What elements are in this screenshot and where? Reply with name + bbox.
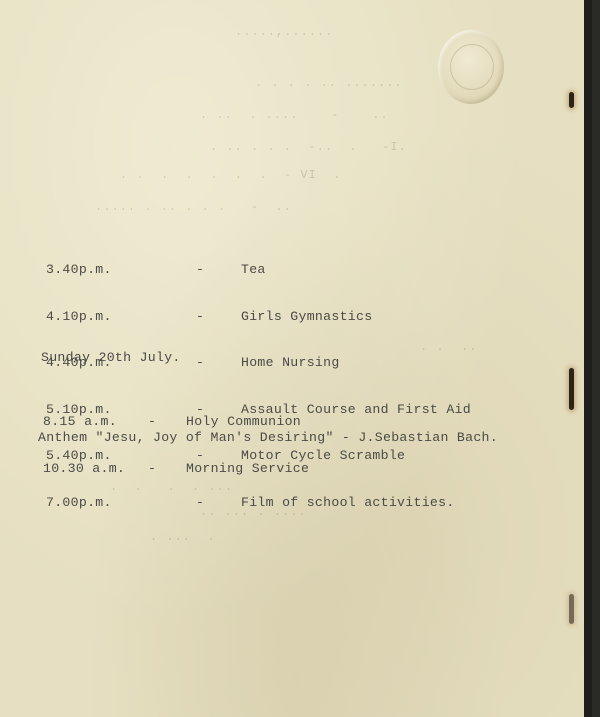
schedule-activity: Home Nursing <box>241 355 340 371</box>
bleed-through-text: ..... . .. . . . - .. <box>95 200 292 214</box>
document-page: .....,...... . . . . .. ....... . .. . .… <box>0 0 592 717</box>
page-edge <box>584 0 592 717</box>
schedule-activity: Tea <box>241 262 266 278</box>
bleed-through-text: . . . . . . . - VI . <box>120 168 341 182</box>
separator: - <box>196 262 241 278</box>
bleed-through-text: . . . . .. ....... <box>255 76 403 90</box>
separator: - <box>148 461 186 477</box>
bleed-through-text: .....,...... <box>235 25 333 39</box>
schedule-row: 8.15 a.m.-Holy Communion <box>43 414 309 430</box>
schedule-time: 10.30 a.m. <box>43 461 148 477</box>
schedule-row: 3.40p.m.-Tea <box>46 262 471 278</box>
separator: - <box>148 414 186 430</box>
binding-hole <box>569 368 574 410</box>
schedule-row: 4.10p.m.-Girls Gymnastics <box>46 309 471 325</box>
schedule-time: 8.15 a.m. <box>43 414 148 430</box>
bleed-through-text: . .. . .... - .. <box>200 108 389 122</box>
schedule-time: 3.40p.m. <box>46 262 196 278</box>
binding-hole <box>569 594 574 624</box>
separator: - <box>196 309 241 325</box>
bleed-through-text: . .. . . . -.. . -I. <box>210 140 407 154</box>
schedule-row: 10.30 a.m.-Morning Service <box>43 461 309 477</box>
schedule-activity: Girls Gymnastics <box>241 309 372 325</box>
schedule-time: 4.10p.m. <box>46 309 196 325</box>
schedule-activity: Morning Service <box>186 461 309 477</box>
separator: - <box>196 355 241 371</box>
sunday-heading: Sunday 20th July. <box>41 350 181 366</box>
anthem-line: Anthem "Jesu, Joy of Man's Desiring" - J… <box>38 430 498 446</box>
binding-hole <box>569 92 574 108</box>
schedule-activity: Holy Communion <box>186 414 301 430</box>
embossed-seal <box>438 30 504 104</box>
